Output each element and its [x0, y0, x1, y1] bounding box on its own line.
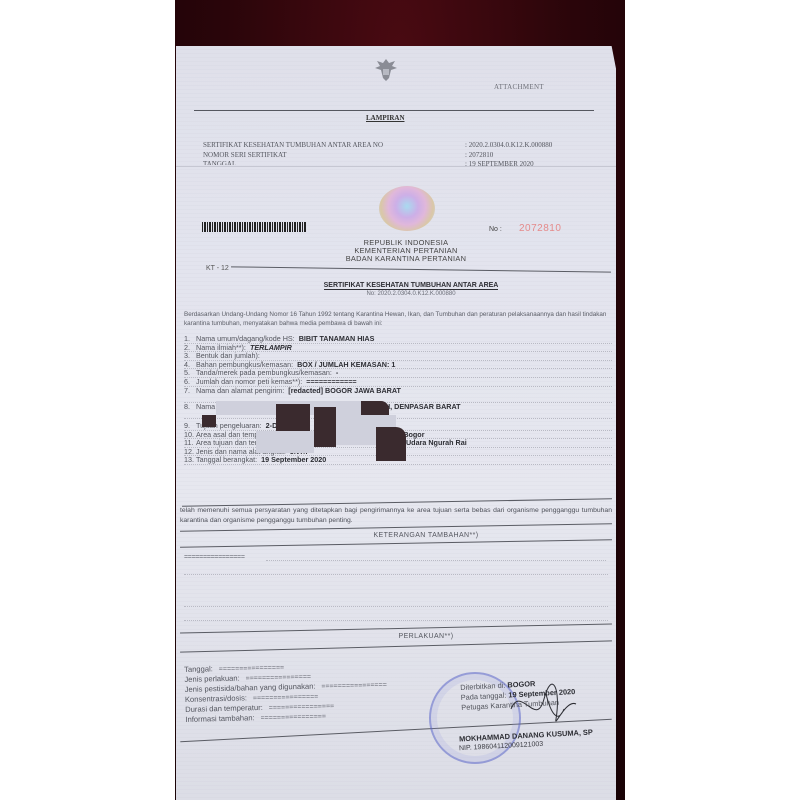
item-number: 2. [184, 344, 196, 352]
item-number: 10. [184, 431, 196, 439]
treatment-value: ================ [321, 682, 387, 691]
item-number: 1. [184, 335, 196, 343]
treatment-label: Konsentrasi/dosis: [185, 693, 247, 704]
hologram-seal-icon [379, 186, 435, 231]
item-label: Nama dan alamat pengirim: [196, 386, 284, 395]
list-item: 1.Nama umum/dagang/kode HS:BIBIT TANAMAN… [184, 335, 612, 344]
item-number: 5. [184, 369, 196, 377]
attachment-value-serial: : 2072810 [465, 151, 615, 161]
fold-line [176, 166, 616, 167]
nip-label: NIP. [459, 745, 472, 753]
certificate-number: No: 2020.2.0304.0.K12.K.000880 [276, 291, 546, 297]
dotted-line [184, 606, 608, 607]
form-rule [231, 266, 611, 272]
issuer-line: BADAN KARANTINA PERTANIAN [276, 255, 536, 263]
item-number: 11. [184, 439, 196, 447]
certificate-title: SERTIFIKAT KESEHATAN TUMBUHAN ANTAR AREA [276, 282, 546, 289]
item-number: 13. [184, 456, 196, 464]
dotted-line [184, 574, 608, 575]
item-value: BIBIT TANAMAN HIAS [299, 334, 375, 343]
treatment-label: Informasi tambahan: [185, 713, 254, 724]
attachment-labels: SERTIFIKAT KESEHATAN TUMBUHAN ANTAR AREA… [203, 141, 483, 165]
attachment-label-serial: NOMOR SERI SERTIFIKAT [203, 151, 483, 161]
attachment-label-date: TANGGAL [203, 160, 483, 165]
attachment-label-cert-no: SERTIFIKAT KESEHATAN TUMBUHAN ANTAR AREA… [203, 141, 483, 151]
intro-paragraph: Berdasarkan Undang-Undang Nomor 16 Tahun… [184, 311, 612, 328]
attachment-value-date: : 19 SEPTEMBER 2020 [465, 160, 615, 170]
certificate-title-text: SERTIFIKAT KESEHATAN TUMBUHAN ANTAR AREA [324, 282, 499, 290]
dotted-line [184, 620, 608, 621]
section-rule [180, 640, 612, 652]
barcode [202, 222, 306, 232]
item-value: [redacted] BOGOR JAWA BARAT [288, 386, 401, 395]
privacy-redaction [216, 401, 406, 466]
treatment-title: PERLAKUAN**) [326, 633, 526, 640]
section-rule [180, 539, 612, 548]
remarks-title: KETERANGAN TAMBAHAN**) [326, 532, 526, 539]
remarks-value: ================ [184, 554, 245, 561]
serial-label: No : [489, 226, 502, 233]
form-code: KT - 12 [206, 265, 229, 272]
item-number: 3. [184, 352, 196, 360]
serial-number: 2072810 [519, 223, 561, 234]
header-rule [194, 110, 594, 111]
certificate-paper: ATTACHMENT LAMPIRAN SERTIFIKAT KESEHATAN… [176, 46, 616, 800]
attachment-value-cert-no: : 2020.2.0304.0.K12.K.000880 [465, 141, 615, 151]
treatment-label: Jenis perlakuan: [184, 674, 240, 684]
lampiran-heading: LAMPIRAN [366, 114, 405, 122]
attachment-label: ATTACHMENT [494, 83, 544, 91]
treatment-value: ================ [261, 713, 327, 722]
dotted-line [266, 560, 606, 561]
issuer-block: REPUBLIK INDONESIA KEMENTERIAN PERTANIAN… [276, 239, 536, 264]
garuda-emblem-icon [371, 56, 401, 84]
item-number: 6. [184, 378, 196, 386]
item-value: ============ [306, 377, 356, 386]
item-number: 7. [184, 387, 196, 395]
treatment-label: Tanggal: [184, 664, 213, 674]
item-number: 8. [184, 403, 196, 411]
item-number: 4. [184, 361, 196, 369]
signature-icon [506, 679, 586, 734]
item-number: 12. [184, 448, 196, 456]
compliance-statement: telah memenuhi semua persyaratan yang di… [180, 506, 612, 525]
